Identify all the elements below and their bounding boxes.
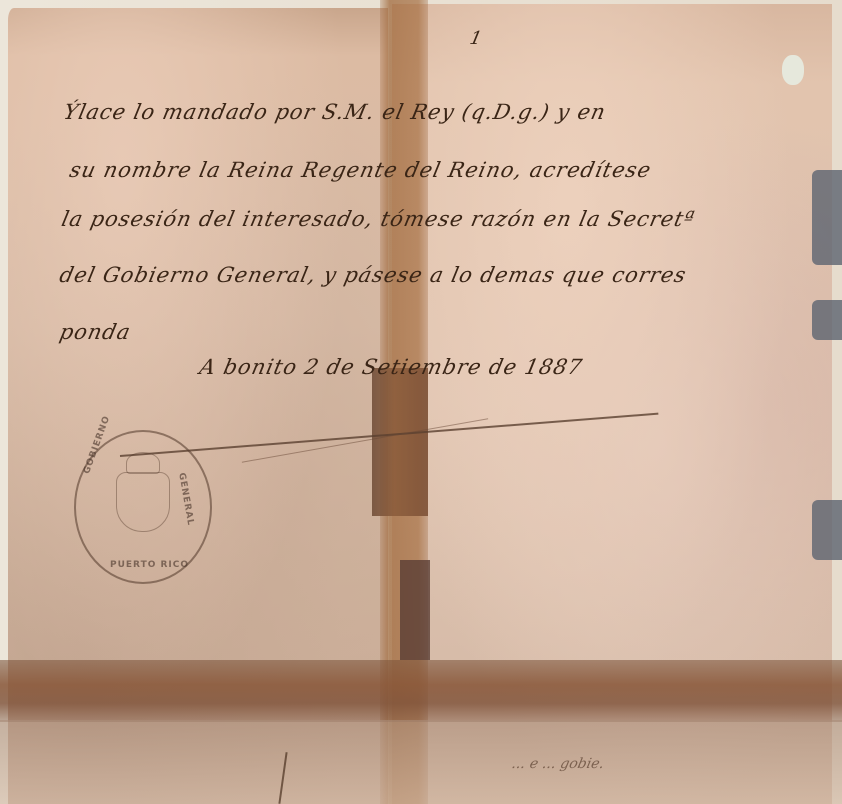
text-line-5: ponda — [57, 320, 133, 344]
tape-patch — [372, 368, 428, 516]
text-line-3: la posesión del interesado, tómese razón… — [59, 207, 697, 231]
footer-fragment: ... e ... gobie. — [510, 756, 605, 772]
edge-stain — [812, 170, 842, 265]
edge-stain — [812, 500, 842, 560]
horizontal-tape-strip — [0, 660, 842, 722]
text-line-2: su nombre la Reina Regente del Reino, ac… — [67, 158, 653, 182]
official-seal-stamp: GOBIERNO GENERAL PUERTO RICO — [74, 430, 212, 584]
edge-stain — [812, 300, 842, 340]
coat-of-arms-icon — [116, 472, 170, 532]
bottom-stain — [0, 720, 842, 804]
paper-hole — [782, 55, 804, 85]
seal-right-text: GENERAL — [176, 472, 195, 527]
text-line-1: Ýlace lo mandado por S.M. el Rey (q.D.g.… — [61, 100, 608, 124]
crown-icon — [126, 452, 160, 474]
date-line: A bonito 2 de Setiembre de 1887 — [197, 355, 585, 379]
tape-patch — [400, 560, 430, 660]
seal-bottom-text: PUERTO RICO — [110, 560, 189, 570]
text-line-4: del Gobierno General, y pásese a lo dema… — [57, 263, 688, 287]
